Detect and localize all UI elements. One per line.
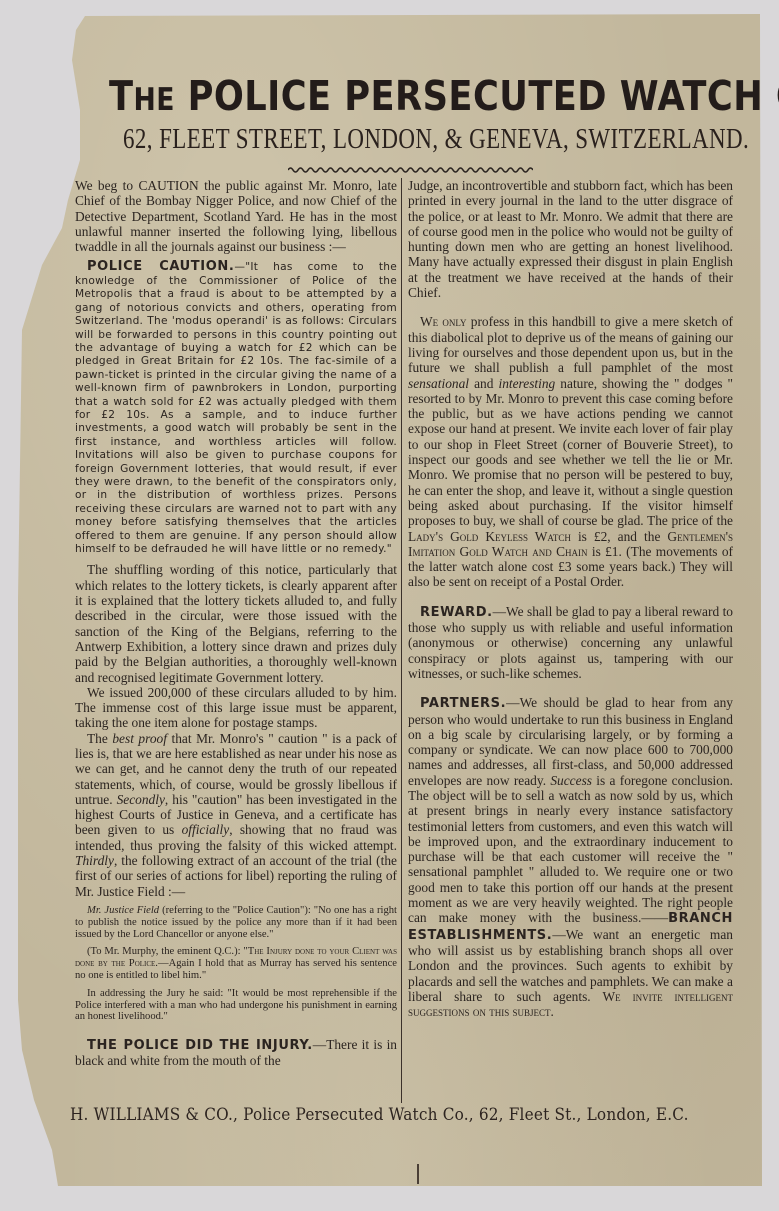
judge-paragraph: Judge, an incontrovertible and stubborn …	[408, 178, 733, 300]
partners-paragraph: PARTNERS.—We should be glad to hear from…	[408, 695, 733, 1019]
police-caution-heading: POLICE CAUTION.	[87, 259, 234, 274]
jury-quote: In addressing the Jury he said: "It woul…	[75, 988, 397, 1023]
we-only-paragraph: We only profess in this handbill to give…	[408, 314, 733, 589]
circulars-paragraph: We issued 200,000 of these circulars all…	[75, 685, 397, 731]
right-column: Judge, an incontrovertible and stubborn …	[408, 178, 733, 1019]
police-caution-paragraph: POLICE CAUTION.—"It has come to the know…	[75, 260, 397, 556]
handbill-address: 62, FLEET STREET, LONDON, & GENEVA, SWIT…	[123, 124, 697, 156]
product-ladys-watch: Lady's Gold Keyless Watch	[408, 529, 571, 544]
handbill-title: THE POLICE PERSECUTED WATCH Co.	[109, 72, 711, 120]
murphy-quote: (To Mr. Murphy, the eminent Q.C.): "The …	[75, 946, 397, 981]
justice-field-quote: Mr. Justice Field (referring to the "Pol…	[75, 905, 397, 940]
intro-paragraph: We beg to CAUTION the public against Mr.…	[75, 178, 397, 254]
injury-paragraph: THE POLICE DID THE INJURY.—There it is i…	[75, 1037, 397, 1069]
title-main: POLICE PERSECUTED WATCH	[188, 72, 764, 120]
wavy-rule-ornament	[288, 166, 533, 174]
title-prefix: HE	[133, 82, 174, 118]
police-caution-text: —"It has come to the knowledge of the Co…	[75, 261, 397, 555]
fold-mark	[417, 1164, 419, 1184]
publisher-imprint: H. WILLIAMS & CO., Police Persecuted Wat…	[70, 1105, 664, 1125]
injury-heading: THE POLICE DID THE INJURY.	[87, 1038, 313, 1053]
reward-heading: REWARD.	[420, 605, 493, 620]
column-divider	[401, 178, 402, 1103]
shuffling-paragraph: The shuffling wording of this notice, pa…	[75, 562, 397, 684]
best-proof-paragraph: The best proof that Mr. Monro's " cautio…	[75, 731, 397, 899]
partners-heading: PARTNERS.	[420, 696, 506, 711]
title-initial: T	[109, 72, 133, 120]
reward-paragraph: REWARD.—We shall be glad to pay a libera…	[408, 604, 733, 681]
left-column: We beg to CAUTION the public against Mr.…	[75, 178, 397, 1069]
